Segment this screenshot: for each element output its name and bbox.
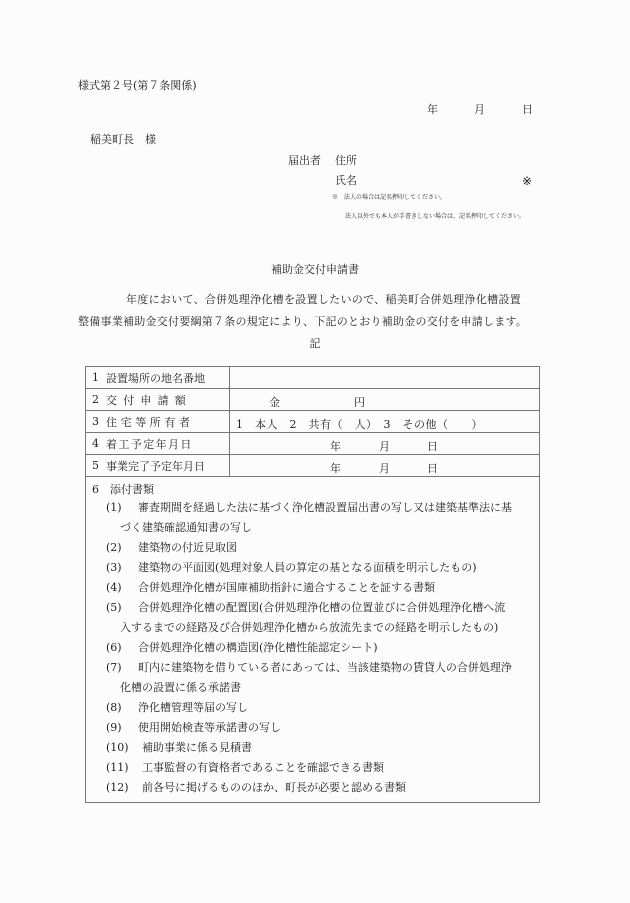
attachments-section: 6 添付書類 (1)審査期間を経過した法に基づく浄化槽設置届出書の写し又は建築基… — [86, 477, 539, 802]
seal-mark: ※ — [522, 175, 532, 187]
application-table: 1 設置場所の地名番地 2 交付申請額 金 円 3 住宅等所有者 1 本人 2 … — [85, 366, 540, 803]
attachment-item: (8)浄化槽管理等届の写し — [92, 698, 533, 718]
table-row-start-date: 4 着工予定年月日 年 月 日 — [86, 433, 539, 455]
seal-note-1: ※ 法人の場合は記名押印してください。 — [332, 195, 446, 201]
amount-prefix: 金 — [269, 394, 280, 410]
row-number: 4 — [92, 437, 106, 450]
row-label-text: 着工予定年月日 — [106, 436, 193, 452]
table-row-amount: 2 交付申請額 金 円 — [86, 389, 539, 411]
location-field[interactable] — [230, 367, 539, 388]
end-date-field[interactable]: 年 月 日 — [230, 455, 539, 476]
row-label-text: 住宅等所有者 — [106, 414, 194, 430]
name-label: 氏名 — [335, 175, 357, 186]
attachment-item: (1)審査期間を経過した法に基づく浄化槽設置届出書の写し又は建築基準法に基 — [92, 498, 533, 518]
date-day-label: 日 — [522, 104, 533, 115]
row-label: 5 事業完了予定年月日 — [86, 455, 230, 476]
attachment-item: (5)合併処理浄化槽の配置図(合併処理浄化槽の位置並びに合併処理浄化槽へ流 — [92, 598, 533, 618]
row-number: 5 — [92, 459, 106, 472]
row-label-text: 交付申請額 — [106, 392, 192, 408]
table-row-location: 1 設置場所の地名番地 — [86, 367, 539, 389]
attachment-item: (3)建築物の平面図(処理対象人員の算定の基となる面積を明示したもの) — [92, 558, 533, 578]
applicant-label: 届出者 — [288, 155, 321, 166]
month-label: 月 — [379, 438, 390, 454]
row-label-text: 設置場所の地名番地 — [106, 370, 205, 386]
day-label: 日 — [427, 438, 438, 454]
row-number: 2 — [92, 393, 106, 406]
row-label: 4 着工予定年月日 — [86, 433, 230, 454]
date-year-label: 年 — [427, 104, 438, 115]
owner-field[interactable]: 1 本人 2 共有（ 人） 3 その他（ ） — [230, 411, 539, 432]
attachment-item: (12)前各号に掲げるもののほか、町長が必要と認める書類 — [92, 778, 533, 798]
attachment-item-cont: 入するまでの経路及び合併処理浄化槽から放流先までの経路を明示したもの) — [92, 618, 533, 638]
body-line-2: 整備事業補助金交付要綱第７条の規定により、下記のとおり補助金の交付を申請します。 — [78, 316, 527, 327]
row-label: 3 住宅等所有者 — [86, 411, 230, 432]
table-row-end-date: 5 事業完了予定年月日 年 月 日 — [86, 455, 539, 477]
attachment-item-cont: づく建築確認通知書の写し — [92, 518, 533, 538]
date-month-label: 月 — [474, 104, 485, 115]
addressee: 稲美町長 様 — [90, 134, 156, 145]
attachment-item-cont: 化槽の設置に係る承諾書 — [92, 678, 533, 698]
year-label: 年 — [330, 460, 341, 476]
day-label: 日 — [427, 460, 438, 476]
row-label-text: 事業完了予定年月日 — [106, 458, 205, 474]
seal-note-2: 法人以外でも本人が手書きしない場合は、記名押印してください。 — [345, 214, 525, 220]
attachment-item: (2)建築物の付近見取図 — [92, 538, 533, 558]
body-line-1: 年度において、合併処理浄化槽を設置したいので、稲美町合併処理浄化槽設置 — [126, 294, 521, 305]
attachment-item: (4)合併処理浄化槽が国庫補助指針に適合することを証する書類 — [92, 578, 533, 598]
document-title: 補助金交付申請書 — [0, 264, 630, 275]
row-label: 1 設置場所の地名番地 — [86, 367, 230, 388]
attachments-title: 6 添付書類 — [92, 481, 533, 498]
ki-heading: 記 — [0, 338, 630, 349]
table-row-owner: 3 住宅等所有者 1 本人 2 共有（ 人） 3 その他（ ） — [86, 411, 539, 433]
attachment-item: (9)使用開始検査等承諾書の写し — [92, 718, 533, 738]
attachment-item: (10)補助事業に係る見積書 — [92, 738, 533, 758]
amount-suffix: 円 — [354, 394, 365, 410]
year-label: 年 — [330, 438, 341, 454]
form-number: 様式第２号(第７条関係) — [78, 80, 197, 91]
address-label: 住所 — [335, 155, 357, 166]
owner-options: 1 本人 2 共有（ 人） 3 その他（ ） — [236, 416, 483, 432]
row-label: 2 交付申請額 — [86, 389, 230, 410]
amount-field[interactable]: 金 円 — [230, 389, 539, 410]
row-number: 3 — [92, 415, 106, 428]
attachment-item: (7)町内に建築物を借りている者にあっては、当該建築物の賃貸人の合併処理浄 — [92, 658, 533, 678]
row-number: 1 — [92, 371, 106, 384]
attachment-item: (11)工事監督の有資格者であることを確認できる書類 — [92, 758, 533, 778]
start-date-field[interactable]: 年 月 日 — [230, 433, 539, 454]
month-label: 月 — [379, 460, 390, 476]
attachment-item: (6)合併処理浄化槽の構造図(浄化槽性能認定シート) — [92, 638, 533, 658]
